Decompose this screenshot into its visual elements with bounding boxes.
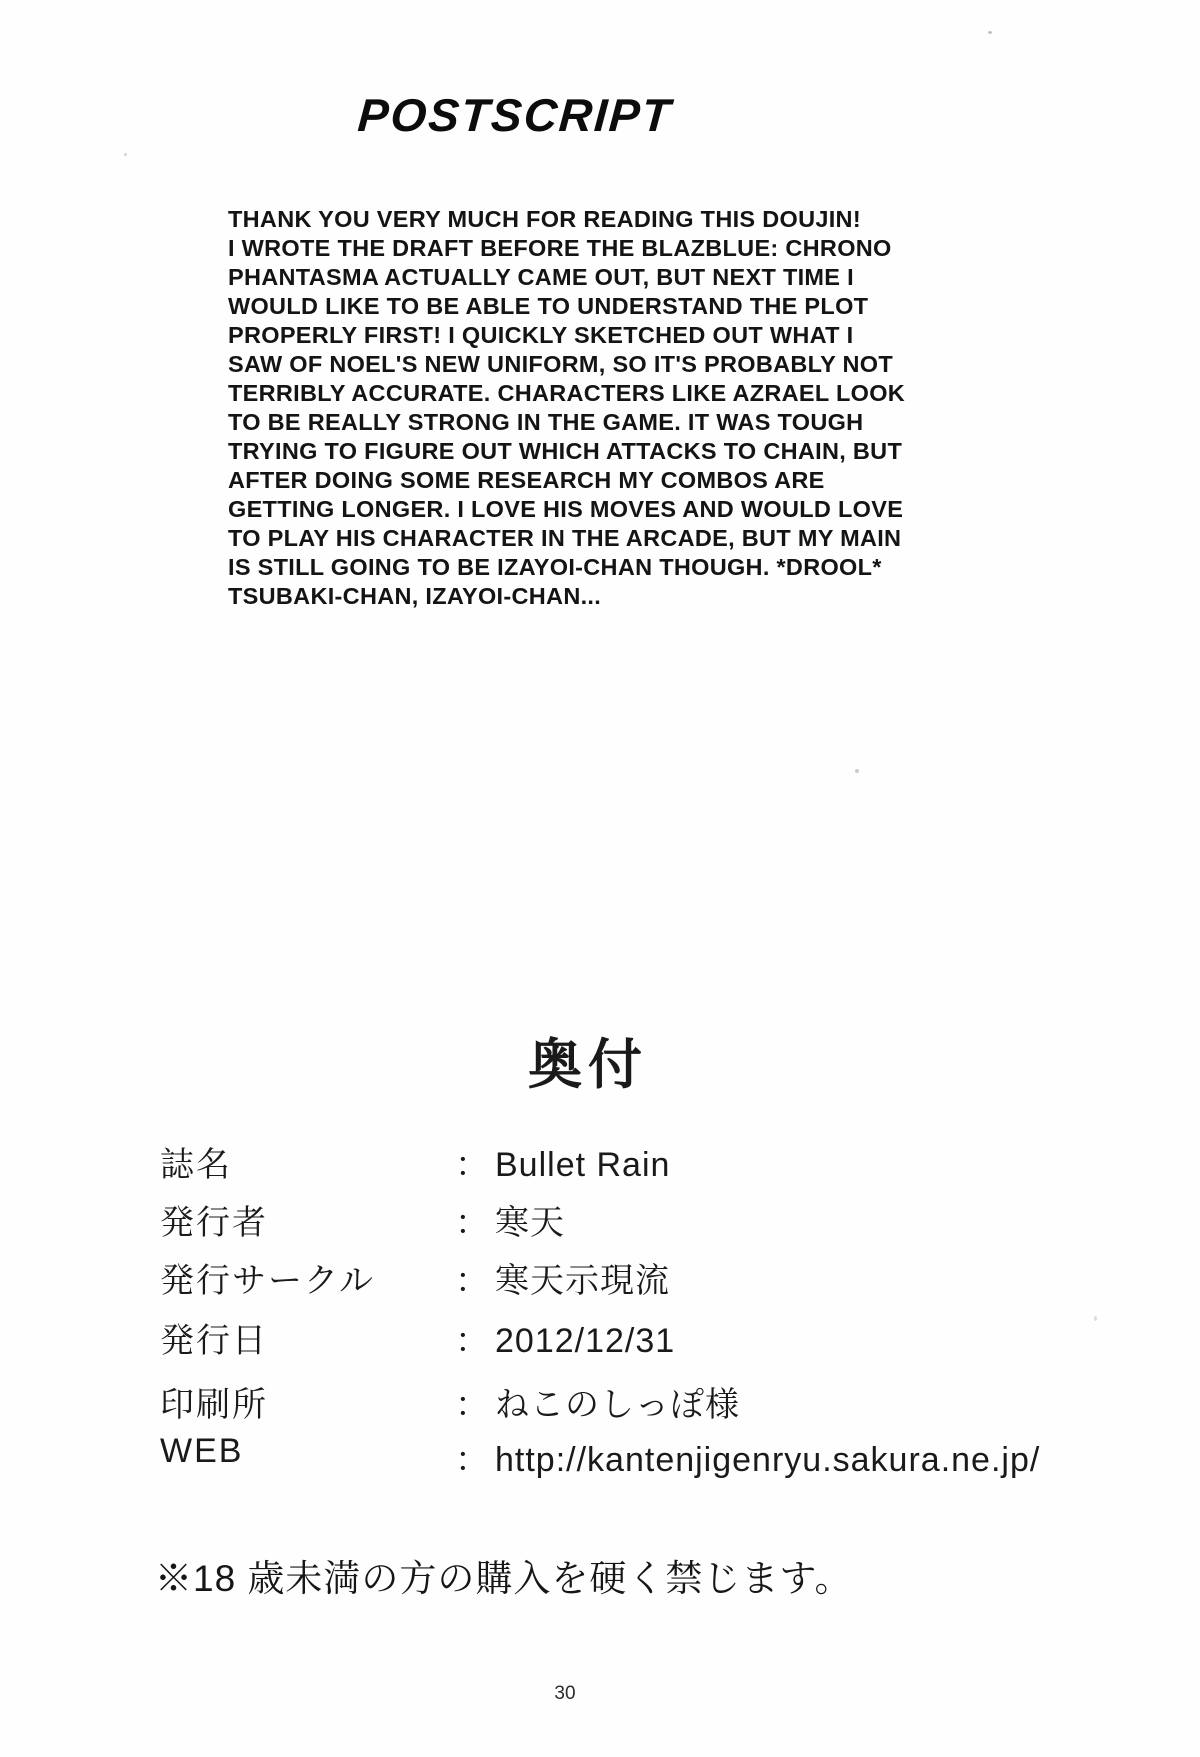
colophon-row-circle: 発行サークル ：寒天示現流 bbox=[160, 1253, 1060, 1297]
colophon-row-author: 発行者 ：寒天 bbox=[160, 1195, 1060, 1239]
colon-separator: ： bbox=[455, 1313, 489, 1362]
postscript-line: SAW OF NOEL'S NEW UNIFORM, SO IT'S PROBA… bbox=[228, 350, 908, 379]
colophon-label: 発行者 bbox=[160, 1195, 268, 1244]
colophon-row-printer: 印刷所 ：ねこのしっぽ様 bbox=[160, 1377, 1060, 1421]
colophon-label: 誌名 bbox=[160, 1137, 232, 1186]
colophon-label: 印刷所 bbox=[160, 1377, 268, 1426]
colophon-row-web: WEB ：http://kantenjigenryu.sakura.ne.jp/ bbox=[160, 1432, 1060, 1476]
postscript-paragraph: THANK YOU VERY MUCH FOR READING THIS DOU… bbox=[228, 205, 908, 611]
postscript-line: TERRIBLY ACCURATE. CHARACTERS LIKE AZRAE… bbox=[228, 379, 908, 408]
postscript-title: POSTSCRIPT bbox=[283, 88, 747, 142]
postscript-line: GETTING LONGER. I LOVE HIS MOVES AND WOU… bbox=[228, 495, 908, 524]
postscript-line: I WROTE THE DRAFT BEFORE THE BLAZBLUE: C… bbox=[228, 234, 908, 263]
scan-speck bbox=[855, 769, 859, 773]
colon-separator: ： bbox=[455, 1195, 489, 1244]
colophon-label: 発行日 bbox=[160, 1313, 268, 1362]
postscript-line: AFTER DOING SOME RESEARCH MY COMBOS ARE bbox=[228, 466, 908, 495]
postscript-line: TO PLAY HIS CHARACTER IN THE ARCADE, BUT… bbox=[228, 524, 908, 553]
colophon-label: 発行サークル bbox=[160, 1253, 375, 1302]
colon-separator: ： bbox=[455, 1137, 489, 1186]
colophon-value-wrap: ：2012/12/31 bbox=[455, 1313, 675, 1362]
colophon-value: 2012/12/31 bbox=[495, 1322, 675, 1361]
colophon-value-wrap: ：http://kantenjigenryu.sakura.ne.jp/ bbox=[455, 1432, 1040, 1481]
scan-speck bbox=[124, 153, 127, 156]
postscript-line: TO BE REALLY STRONG IN THE GAME. IT WAS … bbox=[228, 408, 908, 437]
scan-speck bbox=[1094, 1316, 1097, 1321]
colon-separator: ： bbox=[455, 1377, 489, 1426]
colophon-url: http://kantenjigenryu.sakura.ne.jp/ bbox=[495, 1441, 1040, 1480]
colophon-value-wrap: ：ねこのしっぽ様 bbox=[455, 1377, 740, 1426]
postscript-line: TSUBAKI-CHAN, IZAYOI-CHAN... bbox=[228, 582, 908, 611]
colophon-value: ねこのしっぽ様 bbox=[495, 1377, 740, 1426]
colophon-value: Bullet Rain bbox=[495, 1146, 670, 1185]
colon-separator: ： bbox=[455, 1253, 489, 1302]
colophon-row-date: 発行日 ：2012/12/31 bbox=[160, 1313, 1060, 1357]
postscript-line: THANK YOU VERY MUCH FOR READING THIS DOU… bbox=[228, 205, 908, 234]
page-number: 30 bbox=[0, 1683, 1130, 1705]
postscript-line: IS STILL GOING TO BE IZAYOI-CHAN THOUGH.… bbox=[228, 553, 908, 582]
postscript-line: PROPERLY FIRST! I QUICKLY SKETCHED OUT W… bbox=[228, 321, 908, 350]
age-restriction-notice: ※18 歳未満の方の購入を硬く禁じます。 bbox=[155, 1548, 852, 1602]
scan-speck bbox=[988, 31, 992, 34]
colophon-value: 寒天 bbox=[495, 1195, 565, 1244]
colophon-value-wrap: ：寒天示現流 bbox=[455, 1253, 670, 1302]
colophon-label: WEB bbox=[160, 1432, 243, 1471]
postscript-line: PHANTASMA ACTUALLY CAME OUT, BUT NEXT TI… bbox=[228, 263, 908, 292]
colophon-value-wrap: ：寒天 bbox=[455, 1195, 565, 1244]
postscript-line: TRYING TO FIGURE OUT WHICH ATTACKS TO CH… bbox=[228, 437, 908, 466]
scanned-doujin-page: POSTSCRIPT THANK YOU VERY MUCH FOR READI… bbox=[0, 0, 1200, 1757]
colophon-value-wrap: ：Bullet Rain bbox=[455, 1137, 670, 1186]
postscript-line: WOULD LIKE TO BE ABLE TO UNDERSTAND THE … bbox=[228, 292, 908, 321]
colophon-heading: 奥付 bbox=[438, 1022, 738, 1099]
colon-separator: ： bbox=[455, 1432, 489, 1481]
colophon-value: 寒天示現流 bbox=[495, 1253, 670, 1302]
colophon-row-title: 誌名 ：Bullet Rain bbox=[160, 1137, 1060, 1181]
